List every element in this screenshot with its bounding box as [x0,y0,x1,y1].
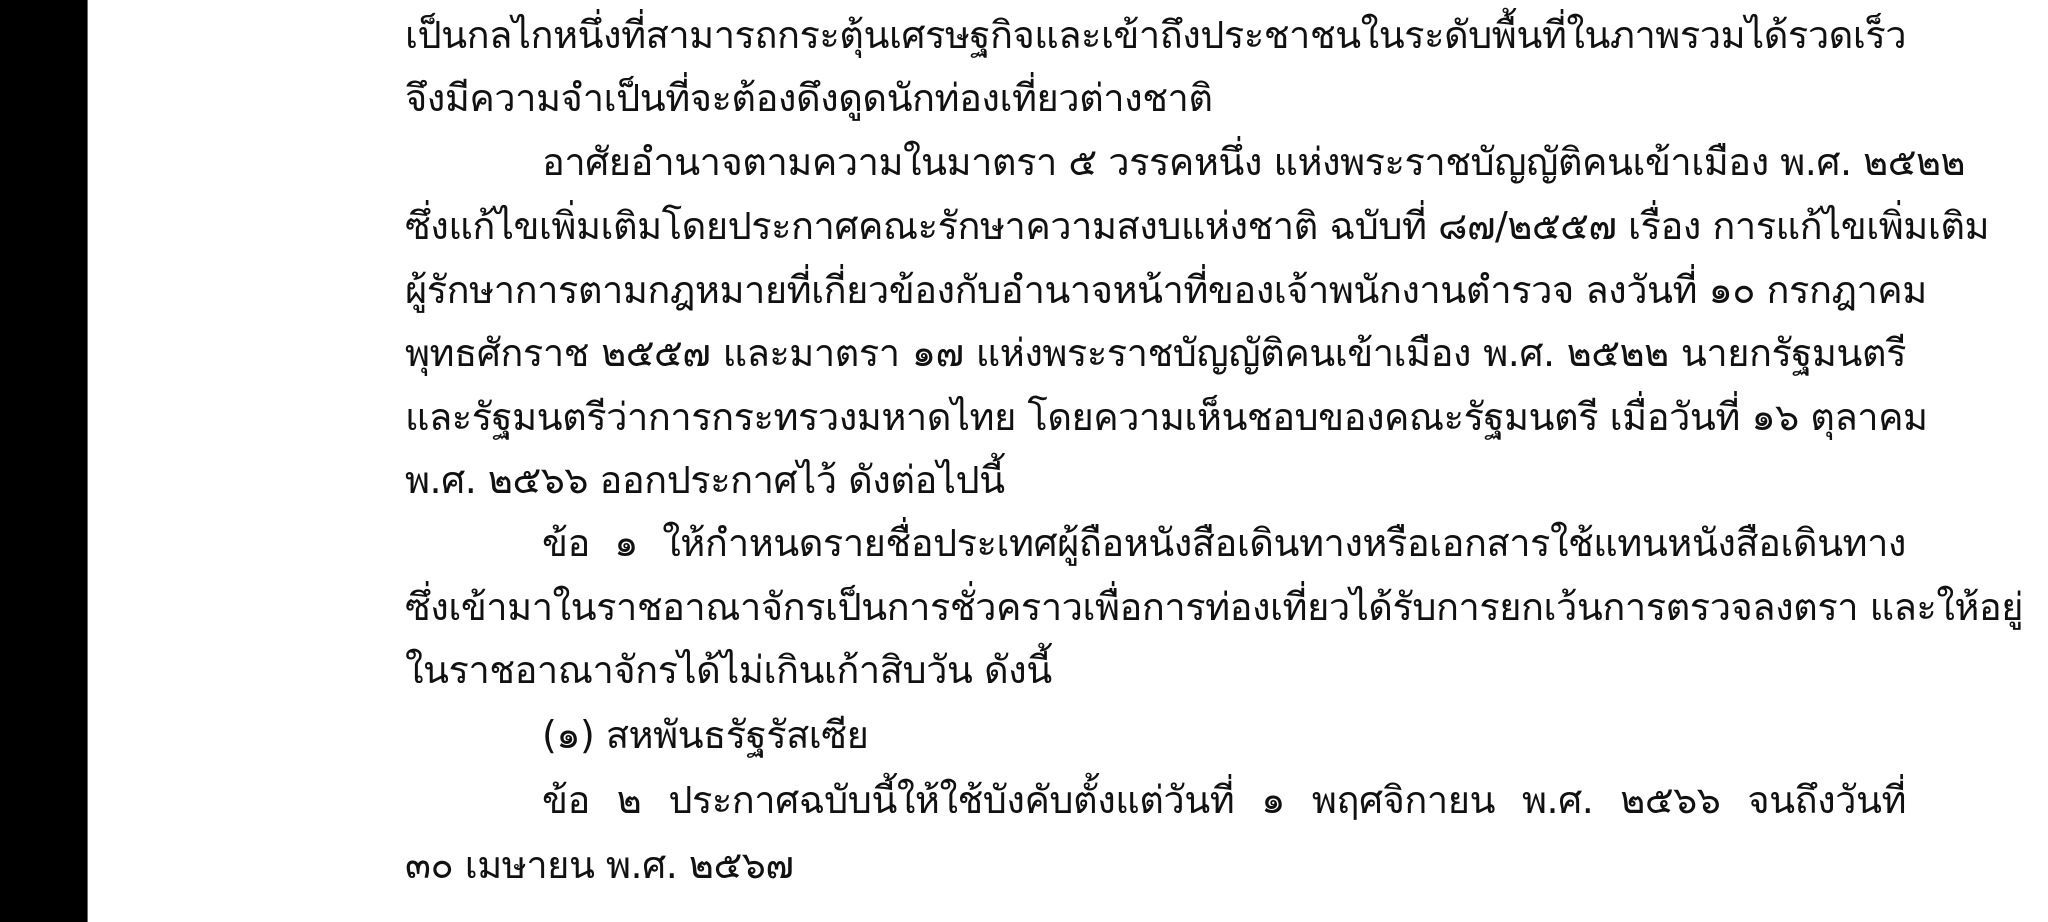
text-line: เป็นกลไกหนึ่งที่สามารถกระตุ้นเศรษฐกิจและ… [405,4,1906,67]
text-line: ในราชอาณาจักรได้ไม่เกินเก้าสิบวัน ดังนี้ [405,639,1906,702]
text-line: อาศัยอำนาจตามความในมาตรา ๕ วรรคหนึ่ง แห่… [405,131,1906,194]
text-line: ซึ่งเข้ามาในราชอาณาจักรเป็นการชั่วคราวเพ… [405,576,1906,639]
text-line: ซึ่งแก้ไขเพิ่มเติมโดยประกาศคณะรักษาความส… [405,195,1906,258]
text-line: และรัฐมนตรีว่าการกระทรวงมหาดไทย โดยความเ… [405,386,1906,449]
left-sidebar-gutter [0,0,88,922]
text-line: พุทธศักราช ๒๕๕๗ และมาตรา ๑๗ แห่งพระราชบั… [405,322,1906,385]
document-page: เป็นกลไกหนึ่งที่สามารถกระตุ้นเศรษฐกิจและ… [88,0,2048,922]
text-line: พ.ศ. ๒๕๖๖ ออกประกาศไว้ ดังต่อไปนี้ [405,449,1906,512]
text-line: จึงมีความจำเป็นที่จะต้องดึงดูดนักท่องเที… [405,67,1906,130]
list-item-country: (๑) สหพันธรัฐรัสเซีย [405,704,1906,767]
document-viewer: เป็นกลไกหนึ่งที่สามารถกระตุ้นเศรษฐกิจและ… [0,0,2048,922]
text-line: ข้อ ๒ ประกาศฉบับนี้ให้ใช้บังคับตั้งแต่วั… [405,769,1906,832]
text-line: ข้อ ๑ ให้กำหนดรายชื่อประเทศผู้ถือหนังสือ… [405,512,1906,575]
text-line: ผู้รักษาการตามกฎหมายที่เกี่ยวข้องกับอำนา… [405,259,1906,322]
text-line: ๓๐ เมษายน พ.ศ. ๒๕๖๗ [405,834,1906,897]
